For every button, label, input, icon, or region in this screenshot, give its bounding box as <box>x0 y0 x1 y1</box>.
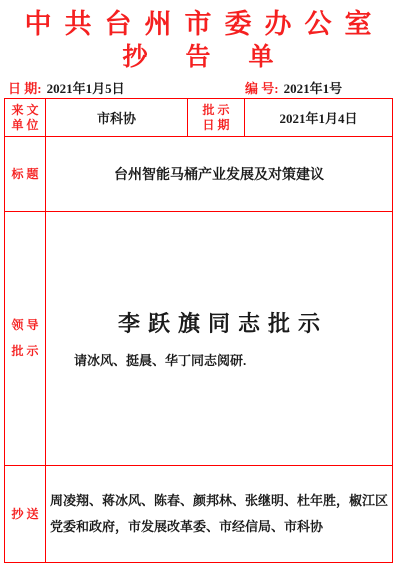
copy-notice-form-page: 中共台州市委办公室 抄告单 日 期:2021年1月5日 编 号:2021年1号 … <box>0 0 396 578</box>
row-title: 标 题 台州智能马桶产业发展及对策建议 <box>5 137 392 212</box>
serial-label: 编 号: <box>245 81 279 96</box>
leader-instruction-note: 请冰风、挺晨、华丁同志阅研. <box>46 350 392 369</box>
document-subtitle: 抄告单 <box>0 43 396 73</box>
serial-value: 2021年1号 <box>284 81 343 96</box>
row-incoming-unit: 来 文 单 位 市科协 批 示 日 期 2021年1月4日 <box>5 99 392 137</box>
date-field: 日 期:2021年1月5日 <box>8 78 125 97</box>
title-label: 标 题 <box>5 137 46 211</box>
incoming-unit-value: 市科协 <box>46 99 188 136</box>
leader-instruction-label: 领 导 批 示 <box>5 212 46 465</box>
leader-instruction-label-line2: 批 示 <box>11 344 38 359</box>
incoming-unit-label-line1: 来 文 <box>11 103 38 118</box>
date-label: 日 期: <box>8 81 42 96</box>
row-leader-instruction: 领 导 批 示 李跃旗同志批示 请冰风、挺晨、华丁同志阅研. <box>5 212 392 466</box>
serial-field: 编 号:2021年1号 <box>245 78 342 97</box>
form-table: 来 文 单 位 市科协 批 示 日 期 2021年1月4日 标 题 台州智能马桶… <box>4 98 393 563</box>
copy-to-value: 周凌翔、蒋冰风、陈春、颜邦林、张继明、杜年胜，椒江区党委和政府，市发展改革委、市… <box>46 466 392 562</box>
instruction-date-value: 2021年1月4日 <box>245 99 392 136</box>
leader-instruction-label-line1: 领 导 <box>11 318 38 333</box>
instruction-date-label-line2: 日 期 <box>202 118 229 133</box>
incoming-unit-label: 来 文 单 位 <box>5 99 46 136</box>
title-value: 台州智能马桶产业发展及对策建议 <box>46 137 392 211</box>
copy-to-label: 抄 送 <box>5 466 46 562</box>
leader-instruction-content: 李跃旗同志批示 请冰风、挺晨、华丁同志阅研. <box>46 212 392 465</box>
leader-instruction-headline: 李跃旗同志批示 <box>46 311 392 337</box>
document-title: 中共台州市委办公室 <box>0 8 396 40</box>
instruction-date-label: 批 示 日 期 <box>188 99 245 136</box>
row-copy-to: 抄 送 周凌翔、蒋冰风、陈春、颜邦林、张继明、杜年胜，椒江区党委和政府，市发展改… <box>5 466 392 562</box>
incoming-unit-label-line2: 单 位 <box>11 118 38 133</box>
instruction-date-label-line1: 批 示 <box>202 103 229 118</box>
meta-row: 日 期:2021年1月5日 编 号:2021年1号 <box>0 78 396 94</box>
date-value: 2021年1月5日 <box>47 81 125 96</box>
